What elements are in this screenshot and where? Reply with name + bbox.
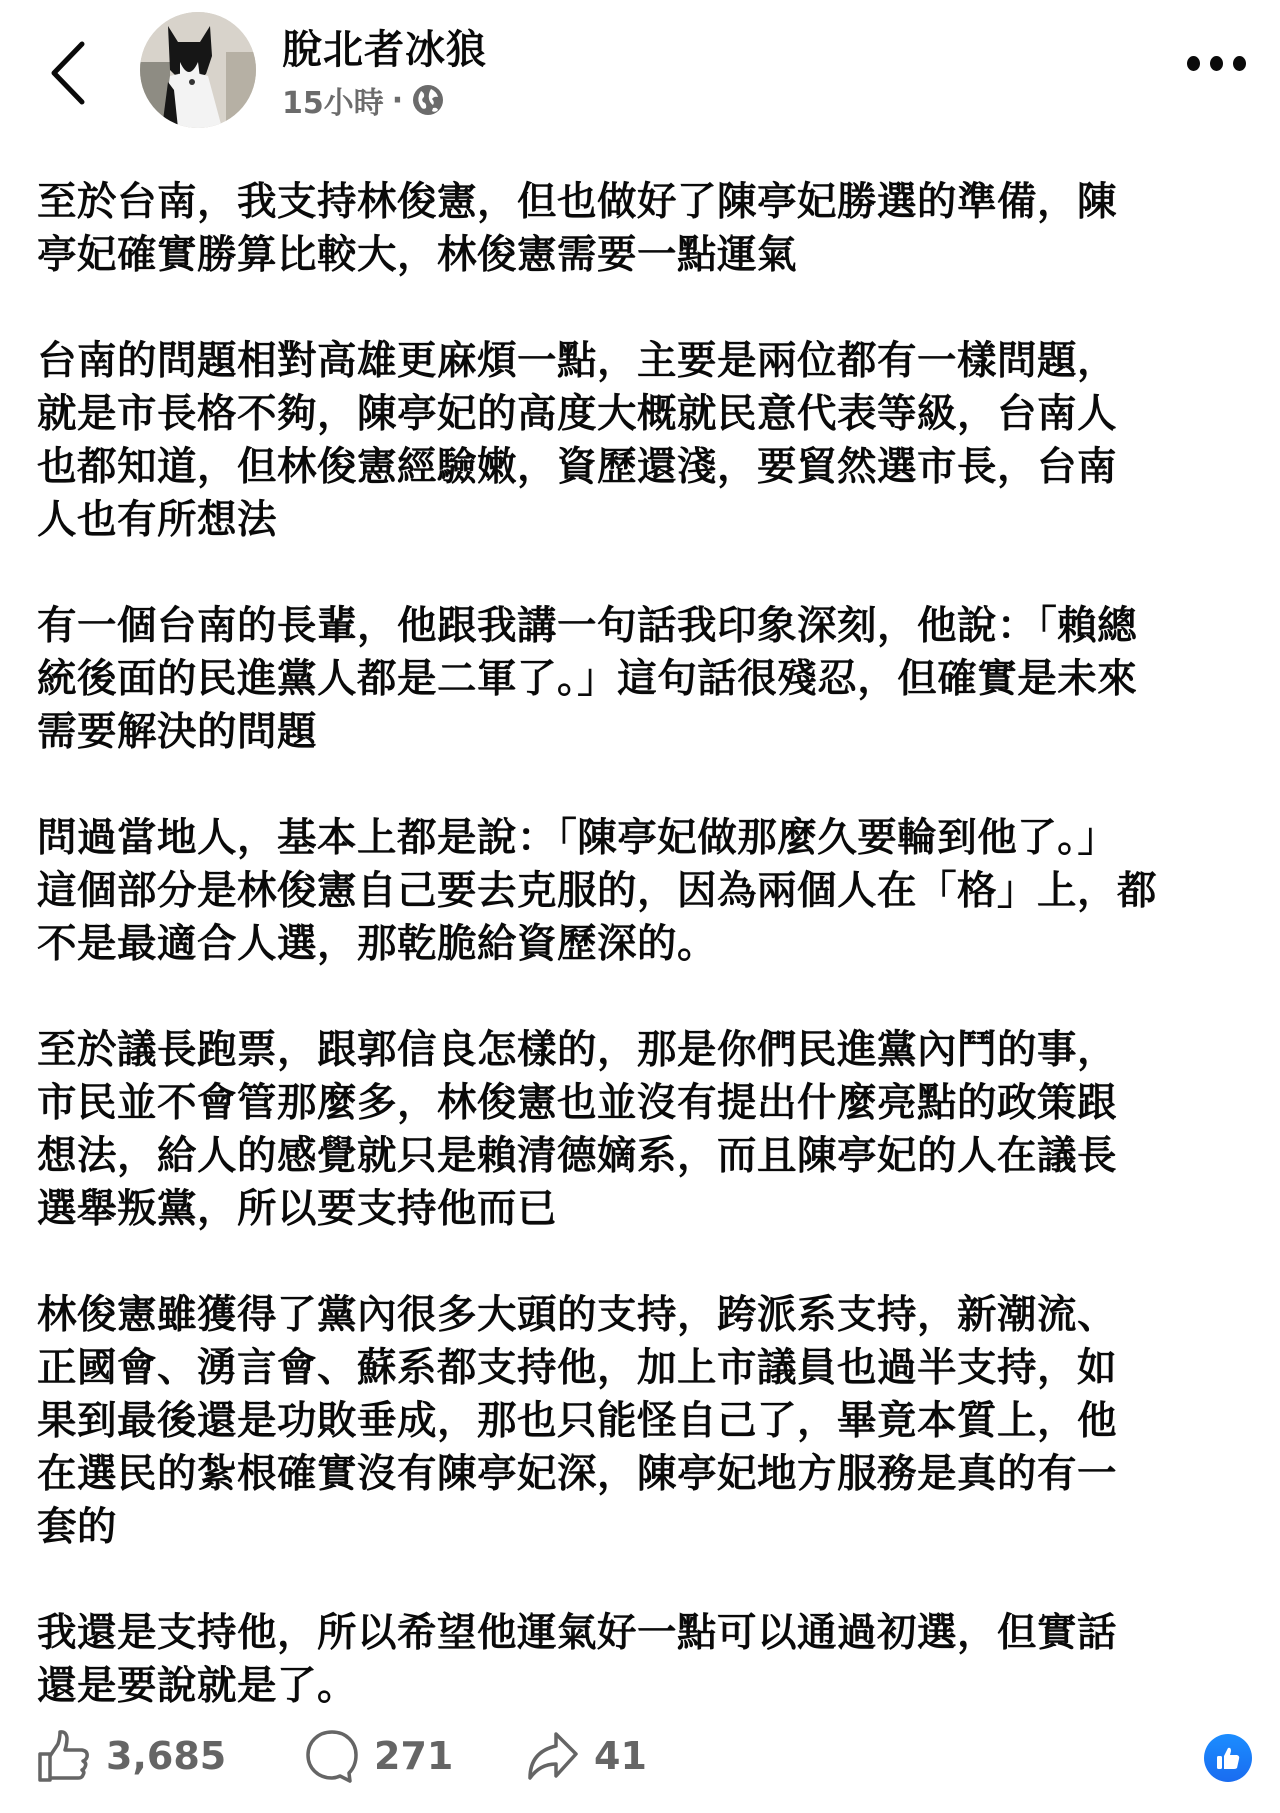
share-button[interactable]: 41 bbox=[524, 1728, 647, 1784]
more-horizontal-icon bbox=[1187, 56, 1200, 71]
globe-icon bbox=[411, 83, 445, 117]
engagement-bar: 3,685 271 41 bbox=[0, 1728, 1280, 1808]
share-arrow-icon bbox=[524, 1728, 580, 1784]
like-reaction-icon bbox=[1214, 1744, 1242, 1772]
thumbs-up-icon bbox=[36, 1728, 92, 1784]
post-paragraph: 林俊憲雖獲得了黨內很多大頭的支持，跨派系支持，新潮流、 正國會、湧言會、蘇系都支… bbox=[37, 1289, 1252, 1554]
more-horizontal-icon bbox=[1233, 56, 1246, 71]
back-button[interactable] bbox=[44, 38, 94, 108]
post-meta: 15小時 · bbox=[282, 78, 445, 122]
post-body: 至於台南，我支持林俊憲，但也做好了陳亭妃勝選的準備，陳 亭妃確實勝算比較大，林俊… bbox=[37, 176, 1252, 1766]
cat-avatar-image bbox=[140, 12, 256, 128]
meta-separator: · bbox=[392, 83, 403, 118]
like-button[interactable]: 3,685 bbox=[36, 1728, 226, 1784]
avatar[interactable] bbox=[140, 12, 256, 128]
post-paragraph: 台南的問題相對高雄更麻煩一點，主要是兩位都有一樣問題， 就是市長格不夠，陳亭妃的… bbox=[37, 335, 1252, 547]
timestamp[interactable]: 15小時 bbox=[282, 78, 384, 122]
post-paragraph: 至於台南，我支持林俊憲，但也做好了陳亭妃勝選的準備，陳 亭妃確實勝算比較大，林俊… bbox=[37, 176, 1252, 282]
comment-bubble-icon bbox=[304, 1728, 360, 1784]
comment-button[interactable]: 271 bbox=[304, 1728, 453, 1784]
share-count: 41 bbox=[594, 1734, 647, 1778]
author-name[interactable]: 脫北者冰狼 bbox=[282, 18, 487, 75]
reaction-summary[interactable] bbox=[1204, 1734, 1252, 1782]
like-count: 3,685 bbox=[106, 1734, 226, 1778]
post-paragraph: 有一個台南的長輩，他跟我講一句話我印象深刻，他說：「賴總 統後面的民進黨人都是二… bbox=[37, 600, 1252, 759]
comment-count: 271 bbox=[374, 1734, 453, 1778]
post-paragraph: 至於議長跑票，跟郭信良怎樣的，那是你們民進黨內鬥的事， 市民並不會管那麼多，林俊… bbox=[37, 1024, 1252, 1236]
post-paragraph: 問過當地人，基本上都是說：「陳亭妃做那麼久要輪到他了。」 這個部分是林俊憲自己要… bbox=[37, 812, 1252, 971]
more-options-button[interactable] bbox=[1187, 56, 1246, 71]
chevron-left-icon bbox=[44, 38, 94, 108]
post-paragraph: 我還是支持他，所以希望他運氣好一點可以通過初選，但實話 還是要說就是了。 bbox=[37, 1607, 1252, 1713]
post-header: 脫北者冰狼 15小時 · bbox=[0, 0, 1280, 150]
more-horizontal-icon bbox=[1210, 56, 1223, 71]
